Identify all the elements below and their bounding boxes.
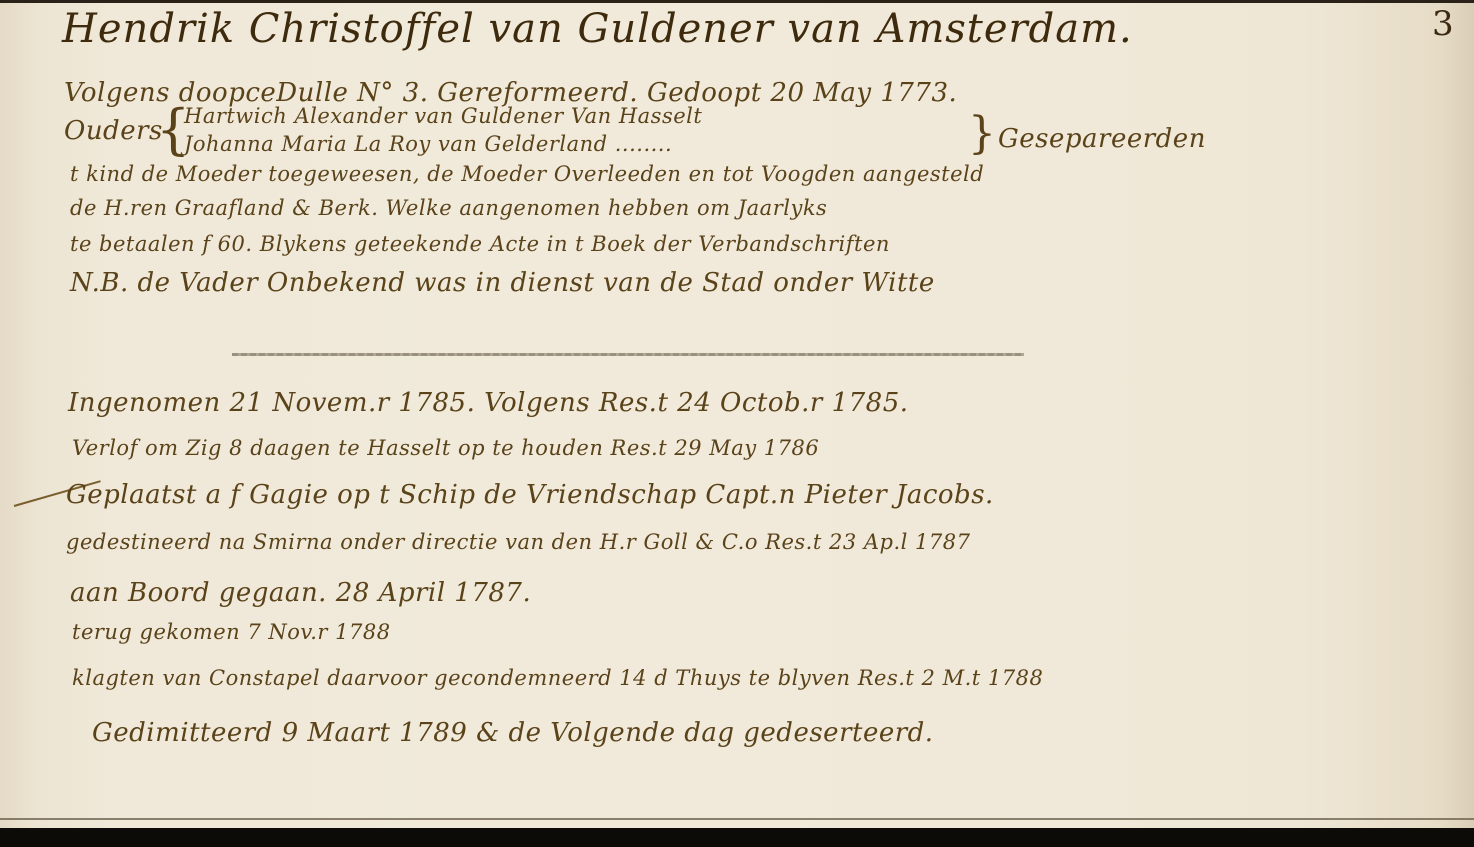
page-number: 3: [1432, 4, 1454, 44]
separated-note: Gesepareerden: [998, 124, 1206, 154]
father-note-line: N.B. de Vader Onbekend was in dienst van…: [70, 268, 935, 298]
bottom-rule: [0, 818, 1474, 820]
entry-title: Hendrik Christoffel van Guldener van Ams…: [62, 6, 1133, 52]
mother-line: Johanna Maria La Roy van Gelderland ....…: [184, 132, 672, 156]
page-top-edge: [0, 0, 1474, 3]
parents-label: Ouders: [64, 116, 163, 146]
record-line-admitted: Ingenomen 21 Novem.r 1785. Volgens Res.t…: [68, 388, 909, 418]
father-line: Hartwich Alexander van Guldener Van Hass…: [184, 104, 702, 128]
parents-brace-close: }: [968, 108, 996, 159]
record-line-destined: gedestineerd na Smirna onder directie va…: [66, 530, 971, 554]
record-line-boarded: aan Boord gegaan. 28 April 1787.: [70, 578, 531, 608]
section-divider: [232, 353, 1024, 356]
record-line-returned: terug gekomen 7 Nov.r 1788: [72, 620, 391, 644]
record-line-complaints: klagten van Constapel daarvoor gecondemn…: [72, 666, 1043, 690]
record-line-dismissed: Gedimitteerd 9 Maart 1789 & de Volgende …: [92, 718, 934, 748]
custody-line: t kind de Moeder toegeweesen, de Moeder …: [70, 162, 984, 186]
page-bottom-edge: [0, 828, 1474, 847]
payment-line: te betaalen f 60. Blykens geteekende Act…: [70, 232, 890, 256]
record-line-placed: Geplaatst a f Gagie op t Schip de Vriend…: [66, 480, 994, 510]
manuscript-page: Hendrik Christoffel van Guldener van Ams…: [0, 0, 1474, 847]
guardians-line: de H.ren Graafland & Berk. Welke aangeno…: [70, 196, 827, 220]
record-line-leave: Verlof om Zig 8 daagen te Hasselt op te …: [72, 436, 819, 460]
